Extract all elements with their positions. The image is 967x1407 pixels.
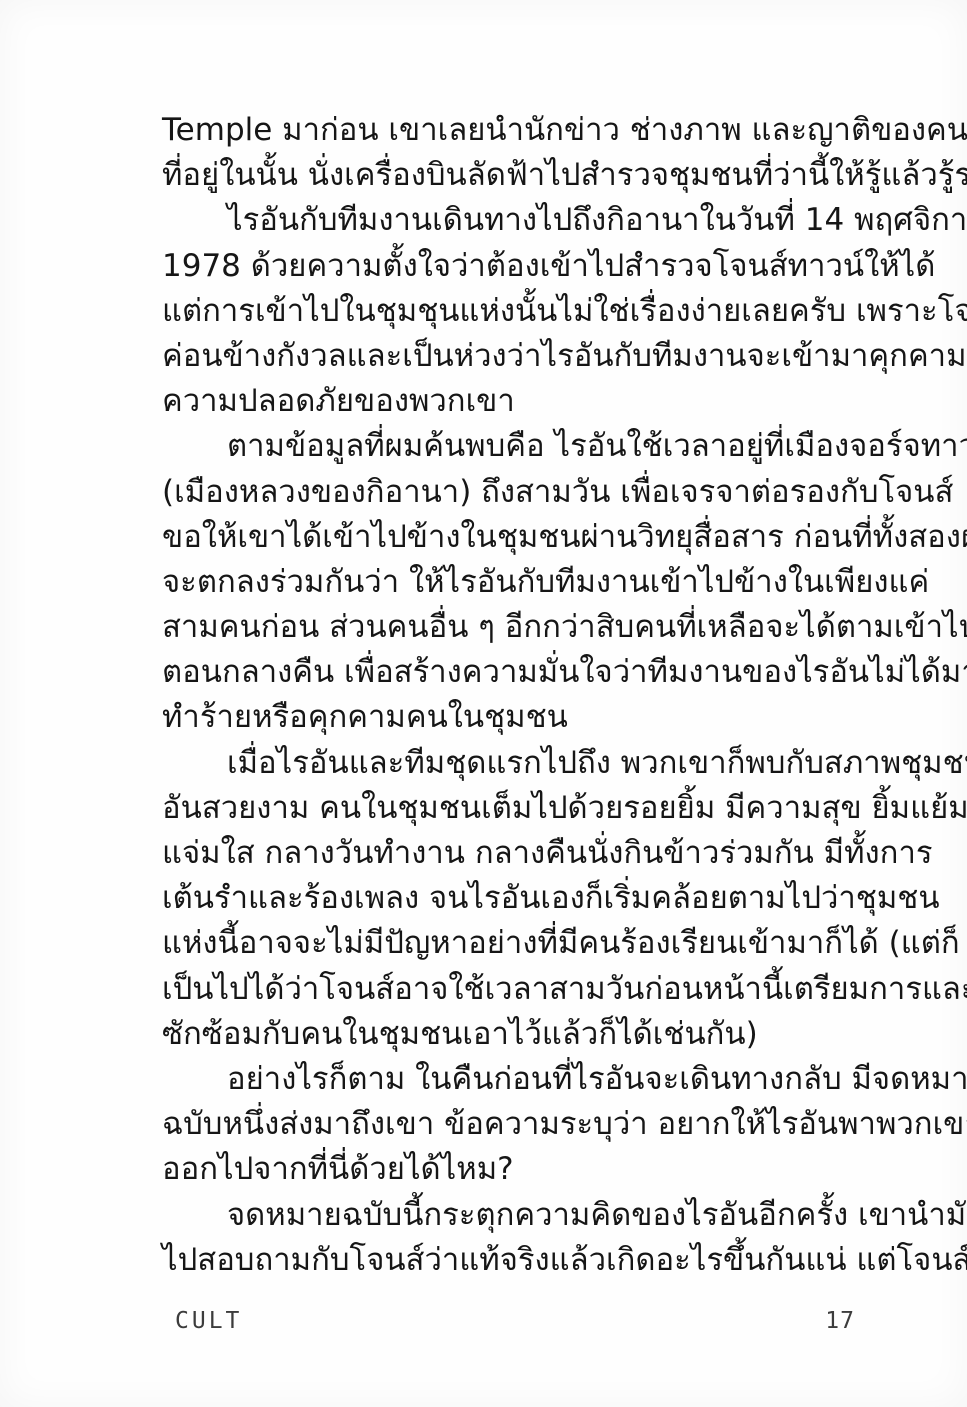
text-line: ออกไปจากที่นี่ด้วยได้ไหม? [162,1147,868,1192]
text-line: 1978 ด้วยความตั้งใจว่าต้องเข้าไปสำรวจโจน… [162,244,868,289]
page-footer: CULT 17 [175,1308,855,1334]
text-line: ไรอันกับทีมงานเดินทางไปถึงกิอานาในวันที่… [162,198,868,243]
text-line: อันสวยงาม คนในชุมชนเต็มไปด้วยรอยยิ้ม มีค… [162,786,868,831]
text-line: ตามข้อมูลที่ผมค้นพบคือ ไรอันใช้เวลาอยู่ท… [162,424,868,469]
text-line: จดหมายฉบับนี้กระตุกความคิดของไรอันอีกครั… [162,1193,868,1238]
footer-book-title: CULT [175,1308,242,1334]
text-line: ความปลอดภัยของพวกเขา [162,379,868,424]
text-line: แต่การเข้าไปในชุมชุนแห่งนั้นไม่ใช่เรื่อง… [162,289,868,334]
text-line: ทำร้ายหรือคุกคามคนในชุมชน [162,695,868,740]
text-line: อย่างไรก็ตาม ในคืนก่อนที่ไรอันจะเดินทางก… [162,1057,868,1102]
text-line: เมื่อไรอันและทีมชุดแรกไปถึง พวกเขาก็พบกั… [162,741,868,786]
page-body-text: Temple มาก่อน เขาเลยนำนักข่าว ช่างภาพ แล… [162,108,868,1283]
footer-page-number: 17 [825,1308,855,1334]
text-line: จะตกลงร่วมกันว่า ให้ไรอันกับทีมงานเข้าไป… [162,560,868,605]
text-line: แจ่มใส กลางวันทำงาน กลางคืนนั่งกินข้าวร่… [162,831,868,876]
text-line: ซักซ้อมกับคนในชุมชนเอาไว้แล้วก็ได้เช่นกั… [162,1012,868,1057]
text-line: สามคนก่อน ส่วนคนอื่น ๆ อีกกว่าสิบคนที่เห… [162,605,868,650]
text-line: Temple มาก่อน เขาเลยนำนักข่าว ช่างภาพ แล… [162,108,868,153]
text-line: ตอนกลางคืน เพื่อสร้างความมั่นใจว่าทีมงาน… [162,650,868,695]
text-line: ไปสอบถามกับโจนส์ว่าแท้จริงแล้วเกิดอะไรขึ… [162,1238,868,1283]
text-line: ขอให้เขาได้เข้าไปข้างในชุมชนผ่านวิทยุสื่… [162,515,868,560]
text-line: เต้นรำและร้องเพลง จนไรอันเองก็เริ่มคล้อย… [162,876,868,921]
text-line: ค่อนข้างกังวลและเป็นห่วงว่าไรอันกับทีมงา… [162,334,868,379]
book-page: Temple มาก่อน เขาเลยนำนักข่าว ช่างภาพ แล… [0,0,967,1407]
text-line: ฉบับหนึ่งส่งมาถึงเขา ข้อความระบุว่า อยาก… [162,1102,868,1147]
text-line: แห่งนี้อาจจะไม่มีปัญหาอย่างที่มีคนร้องเร… [162,921,868,966]
text-line: ที่อยู่ในนั้น นั่งเครื่องบินลัดฟ้าไปสำรว… [162,153,868,198]
text-line: (เมืองหลวงของกิอานา) ถึงสามวัน เพื่อเจรจ… [162,470,868,515]
text-line: เป็นไปได้ว่าโจนส์อาจใช้เวลาสามวันก่อนหน้… [162,967,868,1012]
